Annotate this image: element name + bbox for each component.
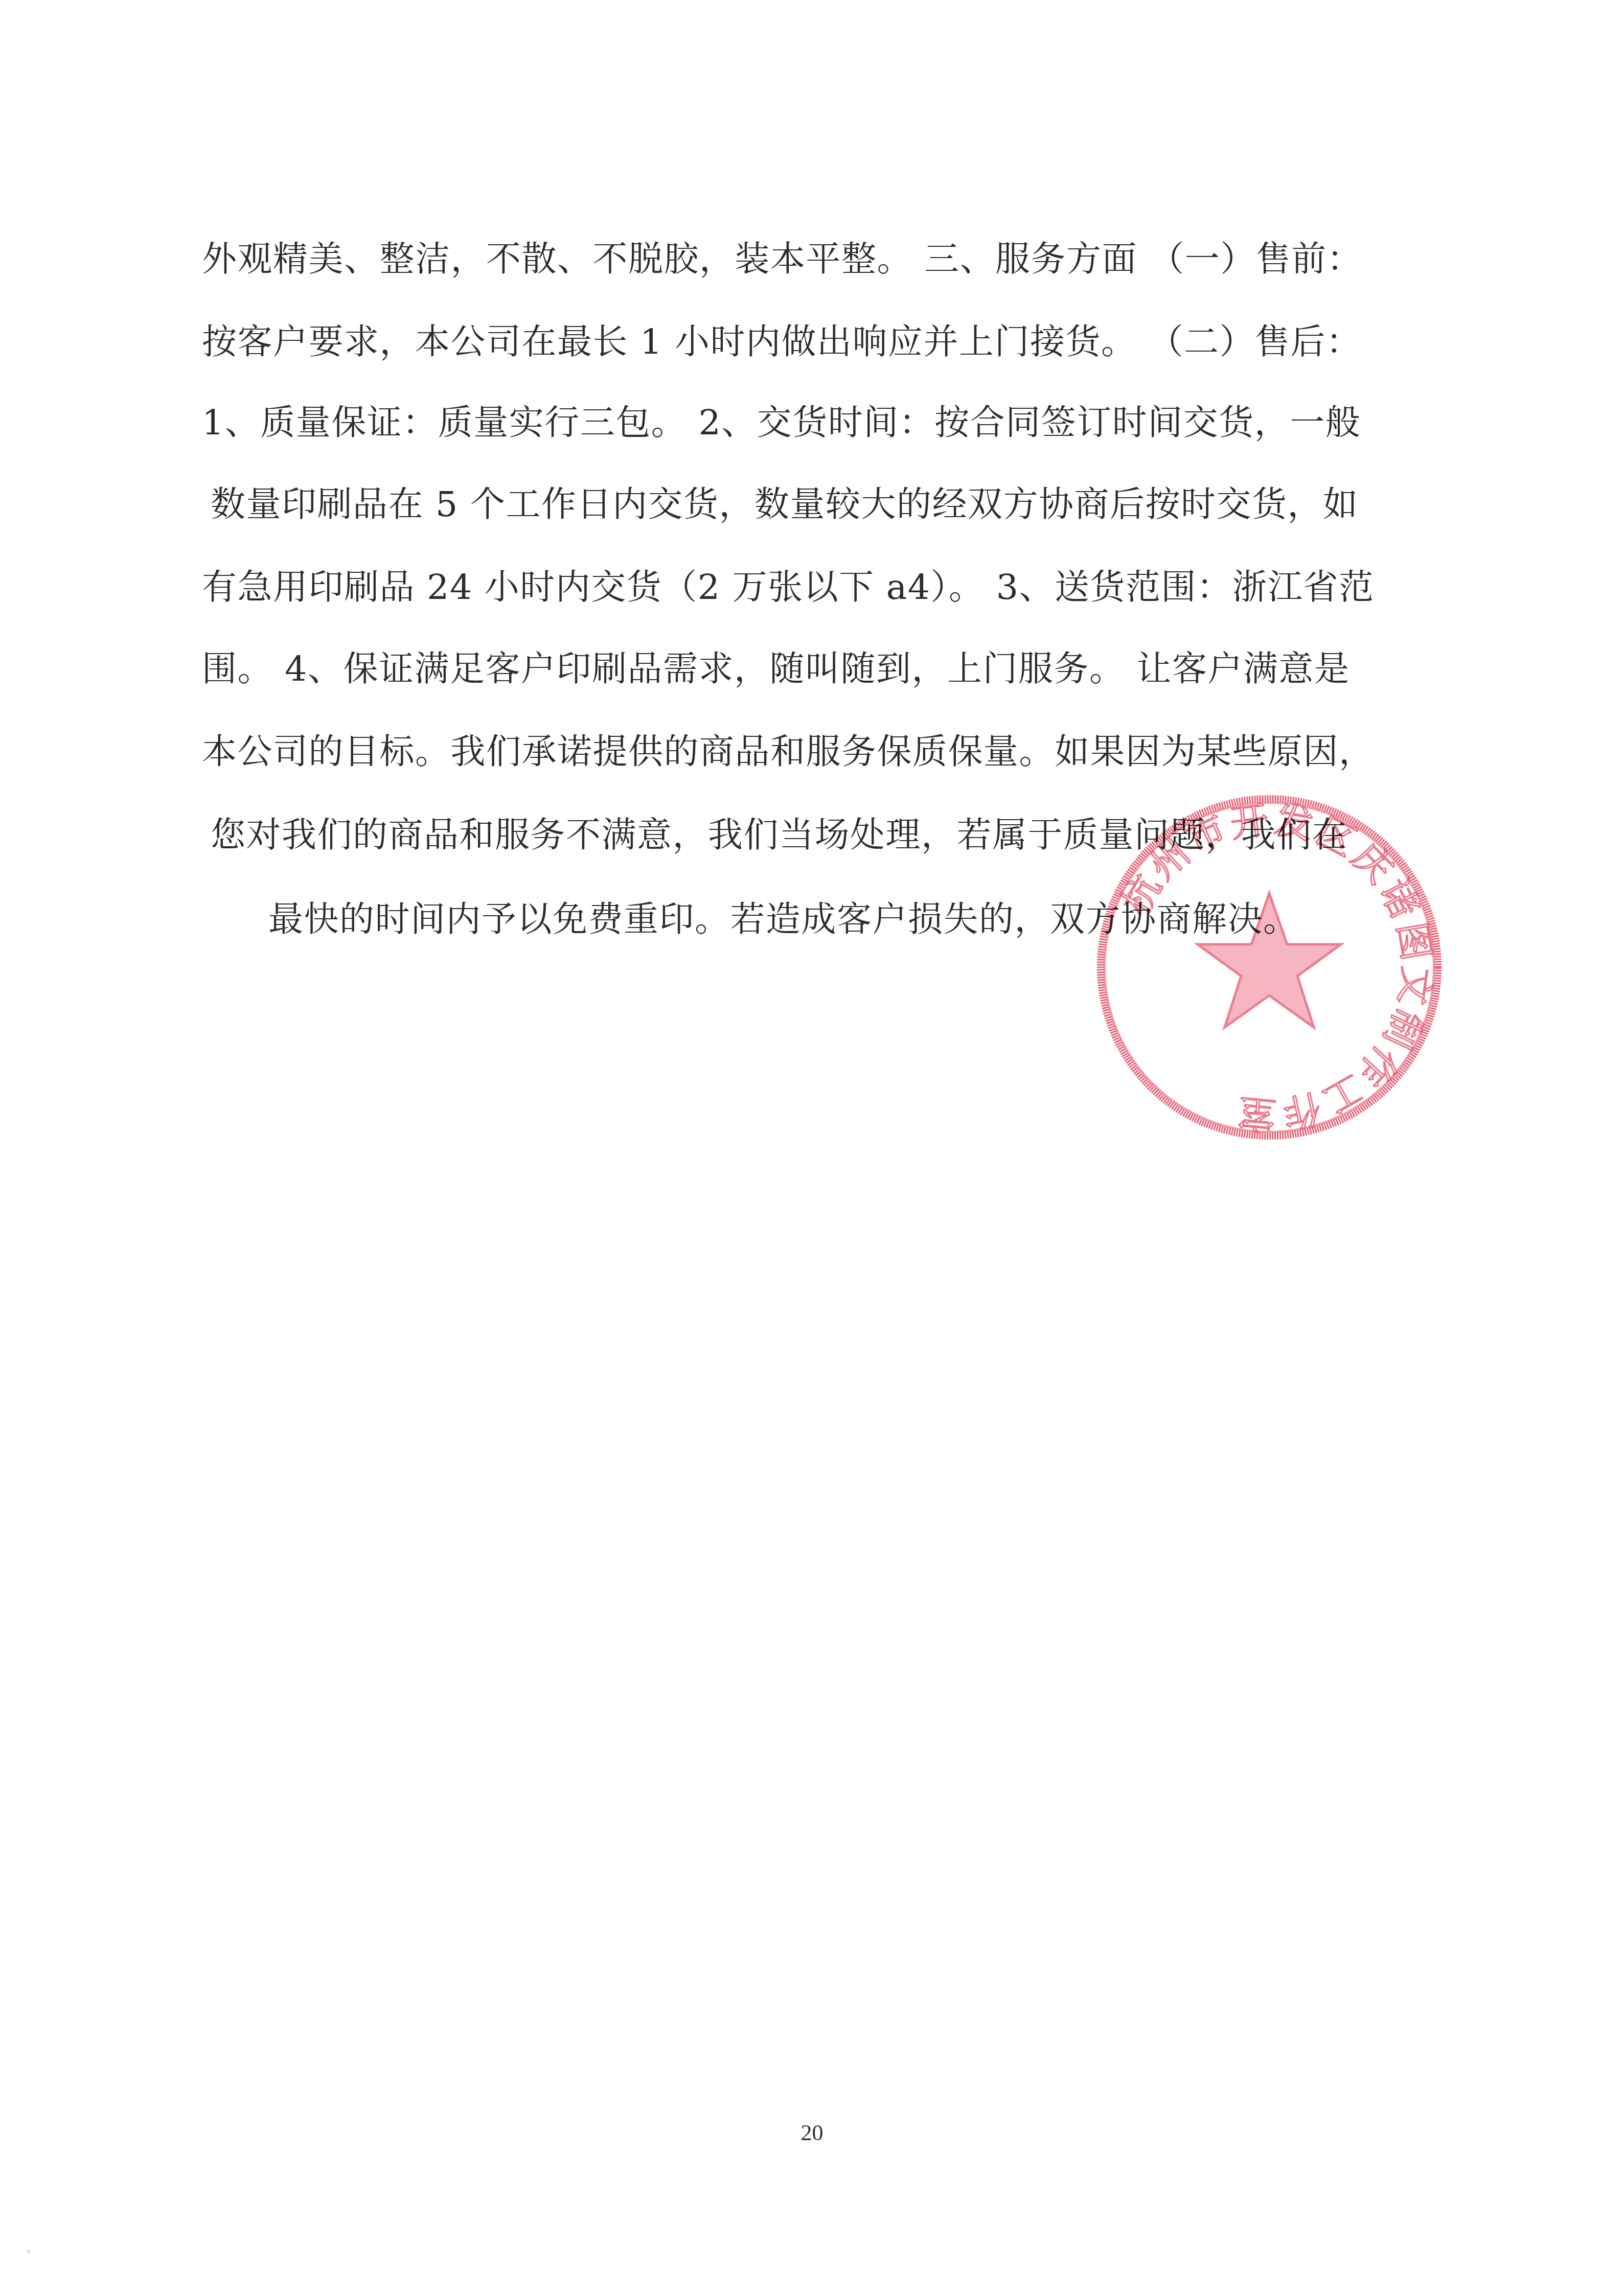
body-line-7: 本公司的目标。我们承诺提供的商品和服务保质保量。如果因为某些原因，: [202, 732, 1375, 773]
body-line-4: 数量印刷品在 5 个工作日内交货，数量较大的经双方协商后按时交货，如: [211, 484, 1359, 525]
body-line-1: 外观精美、整洁，不散、不脱胶，装本平整。 三、服务方面 （一）售前：: [202, 239, 1362, 280]
body-line-8: 您对我们的商品和服务不满意，我们当场处理，若属于质量问题，我们在: [211, 815, 1347, 856]
scan-speck: [27, 2249, 31, 2254]
body-line-5: 有急用印刷品 24 小时内交货（2 万张以下 a4）。 3、送货范围：浙江省范: [202, 567, 1374, 608]
body-line-9: 最快的时间内予以免费重印。若造成客户损失的，双方协商解决。: [268, 899, 1299, 940]
body-line-3: 1、质量保证：质量实行三包。 2、交货时间：按合同签订时间交货，一般: [202, 403, 1361, 444]
body-line-6: 围。 4、保证满足客户印刷品需求，随叫随到，上门服务。 让客户满意是: [202, 649, 1350, 690]
page-number: 20: [0, 2120, 1624, 2146]
document-page: 外观精美、整洁，不散、不脱胶，装本平整。 三、服务方面 （一）售前： 按客户要求…: [0, 0, 1624, 2296]
body-line-2: 按客户要求，本公司在最长 1 小时内做出响应并上门接货。 （二）售后：: [202, 322, 1362, 363]
